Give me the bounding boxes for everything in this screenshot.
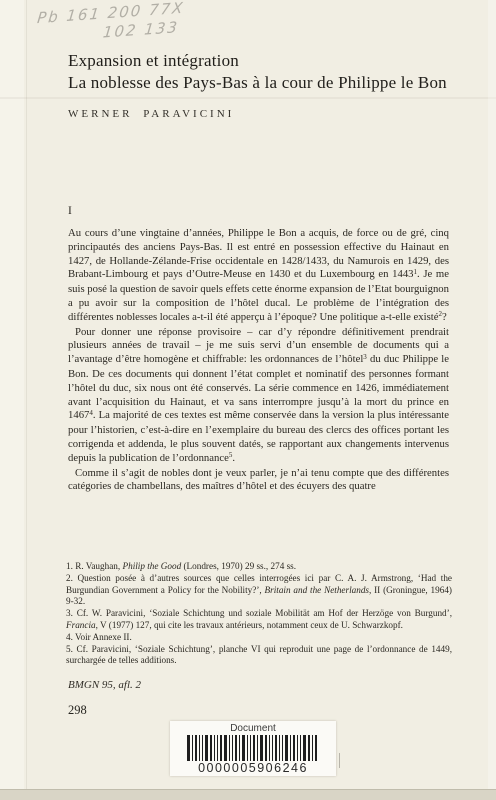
paragraph: Comme il s’agit de nobles dont je veux p…: [68, 467, 449, 495]
footnote: 2. Question posée à d’autres sources que…: [66, 573, 452, 608]
page-left-edge: [0, 0, 24, 800]
footnote: 5. Cf. Paravicini, ‘Soziale Schichtung’,…: [66, 644, 452, 668]
article-title-line-2: La noblesse des Pays-Bas à la cour de Ph…: [68, 72, 468, 94]
footnote: 1. R. Vaughan, Philip the Good (Londres,…: [66, 561, 452, 573]
barcode-label-text: Document: [230, 723, 276, 734]
scanned-document-page: { "doc": { "handwritten_note": { "line1"…: [0, 0, 496, 800]
barcode-sticker: Document 0000005906246: [170, 721, 336, 776]
barcode: [187, 735, 319, 761]
footnotes-block: 1. R. Vaughan, Philip the Good (Londres,…: [66, 561, 452, 667]
article-title-line-1: Expansion et intégration: [68, 50, 468, 72]
section-marker: I: [68, 205, 72, 217]
page-right-edge: [488, 0, 496, 800]
crease-line-vertical: [26, 0, 27, 800]
barcode-number: 0000005906246: [198, 761, 308, 775]
article-title: Expansion et intégration La noblesse des…: [68, 50, 468, 93]
handwritten-shelfmark: Pb 161 200 77X 102 133: [34, 0, 185, 47]
paragraph: Au cours d’une vingtaine d’années, Phili…: [68, 227, 449, 326]
article-body: Au cours d’une vingtaine d’années, Phili…: [68, 227, 449, 494]
scan-bottom-edge: [0, 789, 496, 800]
crease-line-horizontal: [0, 97, 496, 99]
author-name: WERNER PARAVICINI: [68, 108, 234, 120]
footnote: 3. Cf. W. Paravicini, ‘Soziale Schichtun…: [66, 608, 452, 632]
journal-reference: BMGN 95, afl. 2: [68, 679, 141, 691]
stray-pen-mark: [339, 753, 340, 768]
page-number: 298: [68, 703, 87, 718]
footnote: 4. Voir Annexe II.: [66, 632, 452, 644]
paragraph: Pour donner une réponse provisoire – car…: [68, 326, 449, 467]
